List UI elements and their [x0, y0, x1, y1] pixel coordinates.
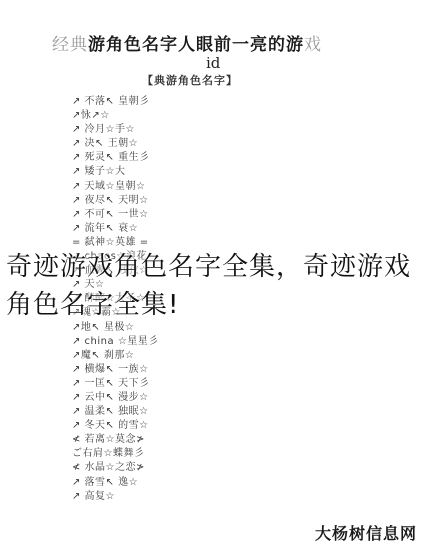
list-item: ↗ 决↖ 王朝☆: [72, 137, 159, 151]
list-item: ↗ 落雪↖ 逸☆: [72, 476, 159, 490]
list-item: ≮ 水晶☆之恋≯: [72, 461, 159, 475]
overlay-caption: 奇迹游戏角色名字全集，奇迹游戏角色名字全集!: [6, 248, 423, 324]
document-id-label: id: [206, 54, 220, 72]
list-item: ↗ 不可↖ 一世☆: [72, 208, 159, 222]
site-watermark: 大杨树信息网: [315, 521, 417, 544]
list-item: ↗ 一匡↖ 天下彡: [72, 377, 159, 391]
list-item: ↗ 夜尽↖ 天明☆: [72, 194, 159, 208]
document-heading: 【典游角色名字】: [142, 72, 238, 88]
document-title: 经典游角色名字人眼前一亮的游戏: [52, 30, 322, 55]
title-main: 游角色名字人眼前一亮的游: [88, 35, 304, 55]
list-item: ↗ 死灵↖ 重生彡: [72, 151, 159, 165]
list-item: ↗ 流年↖ 衰☆: [72, 222, 159, 236]
list-item: ↗怺↗☆: [72, 109, 159, 123]
list-item: ≮ 若离☆莫念≯: [72, 433, 159, 447]
title-suffix: 戏: [304, 35, 322, 55]
list-item: ↗ 温柔↖ 独眠☆: [72, 405, 159, 419]
list-item: ↗ 冬天↖ 的雪☆: [72, 419, 159, 433]
list-item: ↗ 冷月☆手☆: [72, 123, 159, 137]
list-item: ↗ 矮子☆大: [72, 165, 159, 179]
list-item: ↗ 高复☆: [72, 490, 159, 504]
list-item: ↗ 横爆↖ 一族☆: [72, 363, 159, 377]
list-item: ↗ china ☆星星彡: [72, 335, 159, 349]
list-item: ↗ 云中↖ 漫步☆: [72, 391, 159, 405]
list-item: ご右肩☆蝶舞彡: [72, 447, 159, 461]
title-prefix: 经典: [52, 35, 88, 55]
list-item: ↗ 不落↖ 皇朝彡: [72, 95, 159, 109]
list-item: ↗魔↖ 刹那☆: [72, 349, 159, 363]
list-item: ↗ 天域☆皇朝☆: [72, 180, 159, 194]
